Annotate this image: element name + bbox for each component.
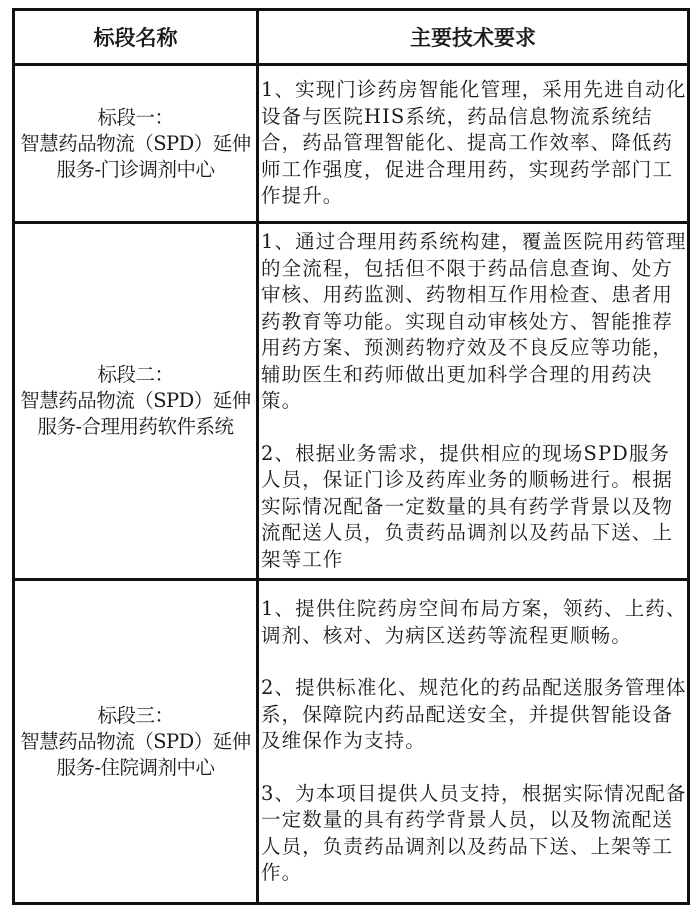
requirements-cell: 1、通过合理用药系统构建，覆盖医院用药管理的全流程，包括但不限于药品信息查询、处… bbox=[258, 223, 689, 580]
table-row: 标段二： 智慧药品物流（SPD）延伸 服务-合理用药软件系统 1、通过合理用药系… bbox=[14, 223, 689, 580]
section-label: 标段三： bbox=[15, 703, 256, 729]
requirement-paragraph: 3、为本项目提供人员支持，根据实际情况配备一定数量的具有药学背景人员，以及物流配… bbox=[261, 781, 687, 887]
requirement-paragraph: 2、提供标准化、规范化的药品配送服务管理体系，保障院内药品配送安全，并提供智能设… bbox=[261, 675, 687, 755]
section-title-line: 服务-门诊调剂中心 bbox=[15, 157, 256, 183]
section-title-line: 智慧药品物流（SPD）延伸 bbox=[15, 388, 256, 414]
table-header-row: 标段名称 主要技术要求 bbox=[14, 10, 689, 65]
requirement-paragraph: 2、根据业务需求，提供相应的现场SPD服务人员，保证门诊及药库业务的顺畅进行。根… bbox=[261, 441, 687, 574]
paragraph-spacer bbox=[261, 649, 687, 675]
paragraph-spacer bbox=[261, 415, 687, 441]
requirements-cell: 1、提供住院药房空间布局方案，领药、上药、调剂、核对、为病区送药等流程更顺畅。 … bbox=[258, 580, 689, 904]
section-title-line: 智慧药品物流（SPD）延伸 bbox=[15, 131, 256, 157]
header-technical-requirements: 主要技术要求 bbox=[258, 10, 689, 65]
table-row: 标段三： 智慧药品物流（SPD）延伸 服务-住院调剂中心 1、提供住院药房空间布… bbox=[14, 580, 689, 904]
requirement-paragraph: 1、实现门诊药房智能化管理，采用先进自动化设备与医院HIS系统，药品信息物流系统… bbox=[261, 77, 687, 210]
section-label: 标段二： bbox=[15, 362, 256, 388]
requirement-paragraph: 1、通过合理用药系统构建，覆盖医院用药管理的全流程，包括但不限于药品信息查询、处… bbox=[261, 229, 687, 415]
requirement-paragraph: 1、提供住院药房空间布局方案，领药、上药、调剂、核对、为病区送药等流程更顺畅。 bbox=[261, 596, 687, 649]
paragraph-spacer bbox=[261, 755, 687, 781]
section-title-line: 服务-住院调剂中心 bbox=[15, 755, 256, 781]
section-title-line: 服务-合理用药软件系统 bbox=[15, 414, 256, 440]
requirements-cell: 1、实现门诊药房智能化管理，采用先进自动化设备与医院HIS系统，药品信息物流系统… bbox=[258, 65, 689, 223]
section-name-cell: 标段一： 智慧药品物流（SPD）延伸 服务-门诊调剂中心 bbox=[14, 65, 258, 223]
table-row: 标段一： 智慧药品物流（SPD）延伸 服务-门诊调剂中心 1、实现门诊药房智能化… bbox=[14, 65, 689, 223]
section-name-cell: 标段二： 智慧药品物流（SPD）延伸 服务-合理用药软件系统 bbox=[14, 223, 258, 580]
section-label: 标段一： bbox=[15, 105, 256, 131]
tender-sections-table: 标段名称 主要技术要求 标段一： 智慧药品物流（SPD）延伸 服务-门诊调剂中心… bbox=[12, 8, 690, 905]
section-title-line: 智慧药品物流（SPD）延伸 bbox=[15, 729, 256, 755]
section-name-cell: 标段三： 智慧药品物流（SPD）延伸 服务-住院调剂中心 bbox=[14, 580, 258, 904]
header-section-name: 标段名称 bbox=[14, 10, 258, 65]
